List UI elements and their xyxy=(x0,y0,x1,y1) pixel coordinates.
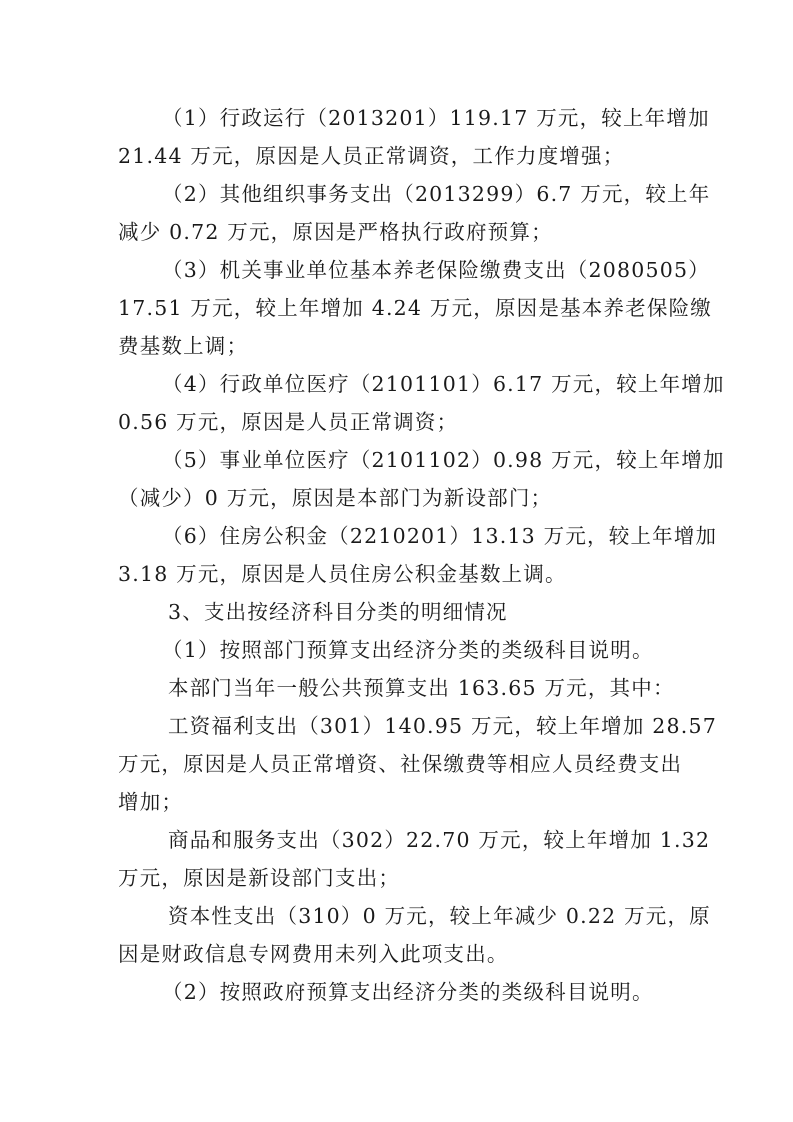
goods-services-line-2: 万元，原因是新设部门支出； xyxy=(118,863,674,893)
item-5-institution-medical-line-1: （5）事业单位医疗（2101102）0.98 万元，较上年增加 xyxy=(162,445,674,475)
wage-welfare-line-1: 工资福利支出（301）140.95 万元，较上年增加 28.57 xyxy=(168,711,674,741)
item-1-admin-operation-line-1: （1）行政运行（2013201）119.17 万元，较上年增加 xyxy=(162,103,674,133)
document-page: （1）行政运行（2013201）119.17 万元，较上年增加 21.44 万元… xyxy=(0,0,793,1122)
wage-welfare-line-2: 万元，原因是人员正常增资、社保缴费等相应人员经费支出 xyxy=(118,749,674,779)
item-6-housing-fund-line-2: 3.18 万元，原因是人员住房公积金基数上调。 xyxy=(118,559,674,589)
item-3-pension-insurance-line-3: 费基数上调； xyxy=(118,331,674,361)
subsection-2-heading: （2）按照政府预算支出经济分类的类级科目说明。 xyxy=(162,977,674,1007)
wage-welfare-line-3: 增加； xyxy=(118,787,674,817)
item-1-admin-operation-line-2: 21.44 万元，原因是人员正常调资，工作力度增强； xyxy=(118,141,674,171)
item-6-housing-fund-line-1: （6）住房公积金（2210201）13.13 万元，较上年增加 xyxy=(162,521,674,551)
item-4-admin-medical-line-1: （4）行政单位医疗（2101101）6.17 万元，较上年增加 xyxy=(162,369,674,399)
item-4-admin-medical-line-2: 0.56 万元，原因是人员正常调资； xyxy=(118,407,674,437)
item-5-institution-medical-line-2: （减少）0 万元，原因是本部门为新设部门； xyxy=(118,483,674,513)
capital-expenditure-line-2: 因是财政信息专网费用未列入此项支出。 xyxy=(118,939,674,969)
total-expenditure-line: 本部门当年一般公共预算支出 163.65 万元，其中： xyxy=(168,673,674,703)
goods-services-line-1: 商品和服务支出（302）22.70 万元，较上年增加 1.32 xyxy=(168,825,674,855)
item-3-pension-insurance-line-1: （3）机关事业单位基本养老保险缴费支出（2080505） xyxy=(162,255,674,285)
section-3-heading: 3、支出按经济科目分类的明细情况 xyxy=(168,597,674,627)
capital-expenditure-line-1: 资本性支出（310）0 万元，较上年减少 0.22 万元，原 xyxy=(168,901,674,931)
subsection-1-heading: （1）按照部门预算支出经济分类的类级科目说明。 xyxy=(162,635,674,665)
item-3-pension-insurance-line-2: 17.51 万元，较上年增加 4.24 万元，原因是基本养老保险缴 xyxy=(118,293,674,323)
item-2-other-org-affairs-line-2: 减少 0.72 万元，原因是严格执行政府预算； xyxy=(118,217,674,247)
item-2-other-org-affairs-line-1: （2）其他组织事务支出（2013299）6.7 万元，较上年 xyxy=(162,179,674,209)
